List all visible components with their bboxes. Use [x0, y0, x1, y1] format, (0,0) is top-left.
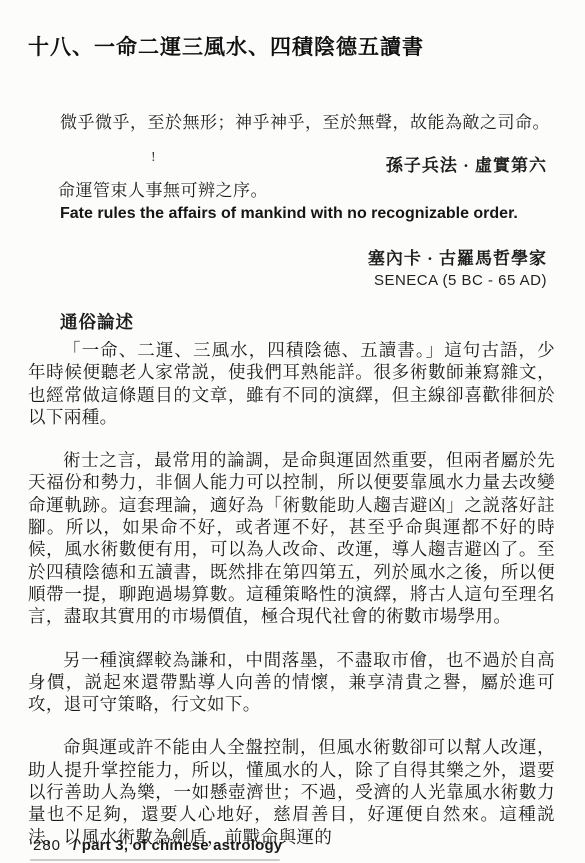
page-footer: 280 / part 3, of chinese astrology: [33, 837, 282, 854]
page-number: 280: [33, 837, 61, 854]
epigraph-attribution-seneca-en: SENECA (5 BC - 65 AD): [28, 270, 555, 292]
body-paragraph-4: 命與運或許不能由人全盤控制，但風水術數卻可以幫人改運，助人提升掌控能力，所以，懂…: [28, 736, 555, 847]
book-page: 十八、一命二運三風水、四積陰德五讀書 微乎微乎，至於無形；神乎神乎，至於無聲，故…: [0, 0, 585, 863]
section-heading: 通俗論述: [28, 309, 555, 334]
body-paragraph-2: 術士之言，最常用的論調，是命與運固然重要，但兩者屬於先天福份和勢力，非個人能力可…: [28, 449, 555, 627]
scan-edge-smudge: [30, 859, 280, 861]
body-paragraph-3: 另一種演繹較為謙和，中間落墨，不盡取市儈，也不過於自高身價，説起來還帶點導人向善…: [28, 649, 555, 716]
epigraph-attribution-suntzu: 孫子兵法 · 虛實第六: [28, 155, 555, 177]
epigraph-quote-seneca-en: Fate rules the affairs of mankind with n…: [28, 202, 555, 225]
epigraph-attribution-seneca-zh: 塞內卡 · 古羅馬哲學家: [28, 248, 555, 270]
scan-artifact-mark: !: [151, 150, 156, 166]
epigraph-quote-seneca-zh: 命運管束人事無可辨之序。: [28, 180, 555, 202]
footer-part-label: / part 3, of chinese astrology: [73, 837, 282, 854]
chapter-title: 十八、一命二運三風水、四積陰德五讀書: [28, 0, 555, 61]
epigraph-quote-suntzu: 微乎微乎，至於無形；神乎神乎，至於無聲，故能為敵之司命。: [28, 112, 555, 134]
body-paragraph-1: 「一命、二運、三風水，四積陰德、五讀書。」這句古語，少年時候便聽老人家常説，使我…: [28, 339, 555, 428]
